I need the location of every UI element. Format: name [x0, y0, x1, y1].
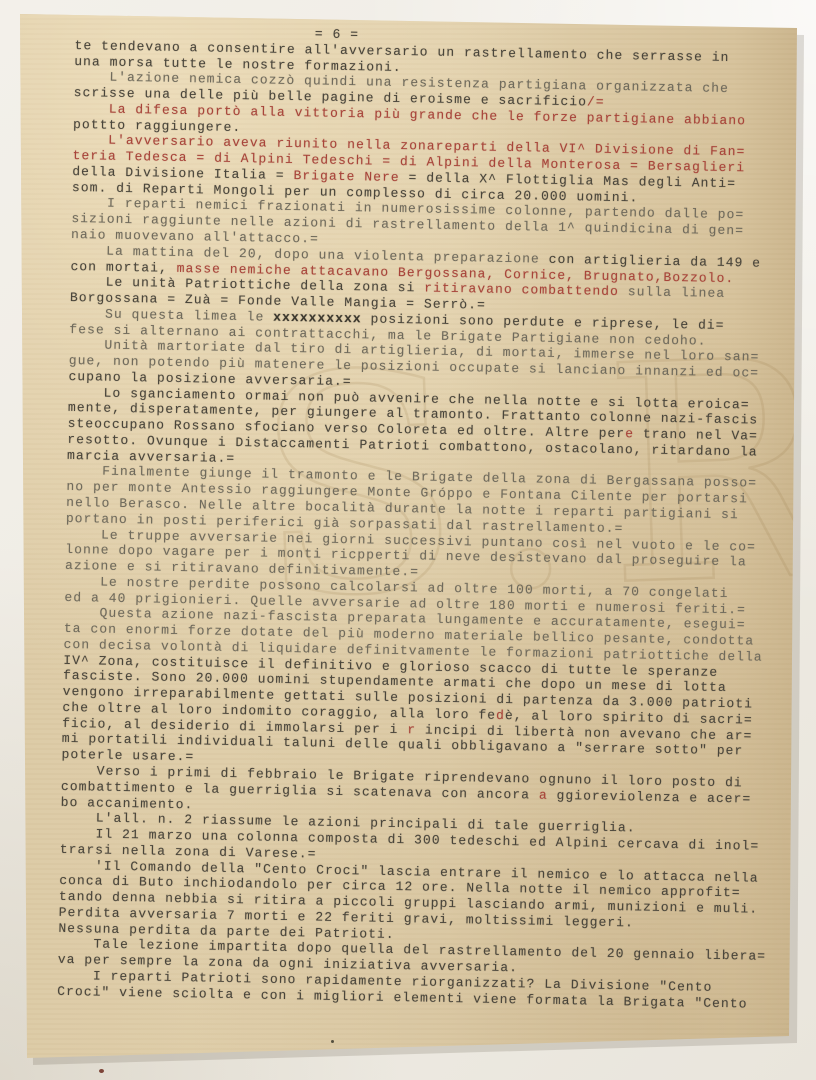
text-lines: te tendevano a consentire all'avversario… [57, 38, 805, 1013]
document-page: S.R = 6 = te tendevano a consentire all'… [0, 0, 816, 1080]
paper-speck [99, 1069, 104, 1073]
paper-speck [331, 1040, 334, 1043]
typewritten-content: = 6 = te tendevano a consentire all'avve… [57, 22, 805, 1013]
scan-background: S.R = 6 = te tendevano a consentire all'… [0, 0, 816, 1080]
